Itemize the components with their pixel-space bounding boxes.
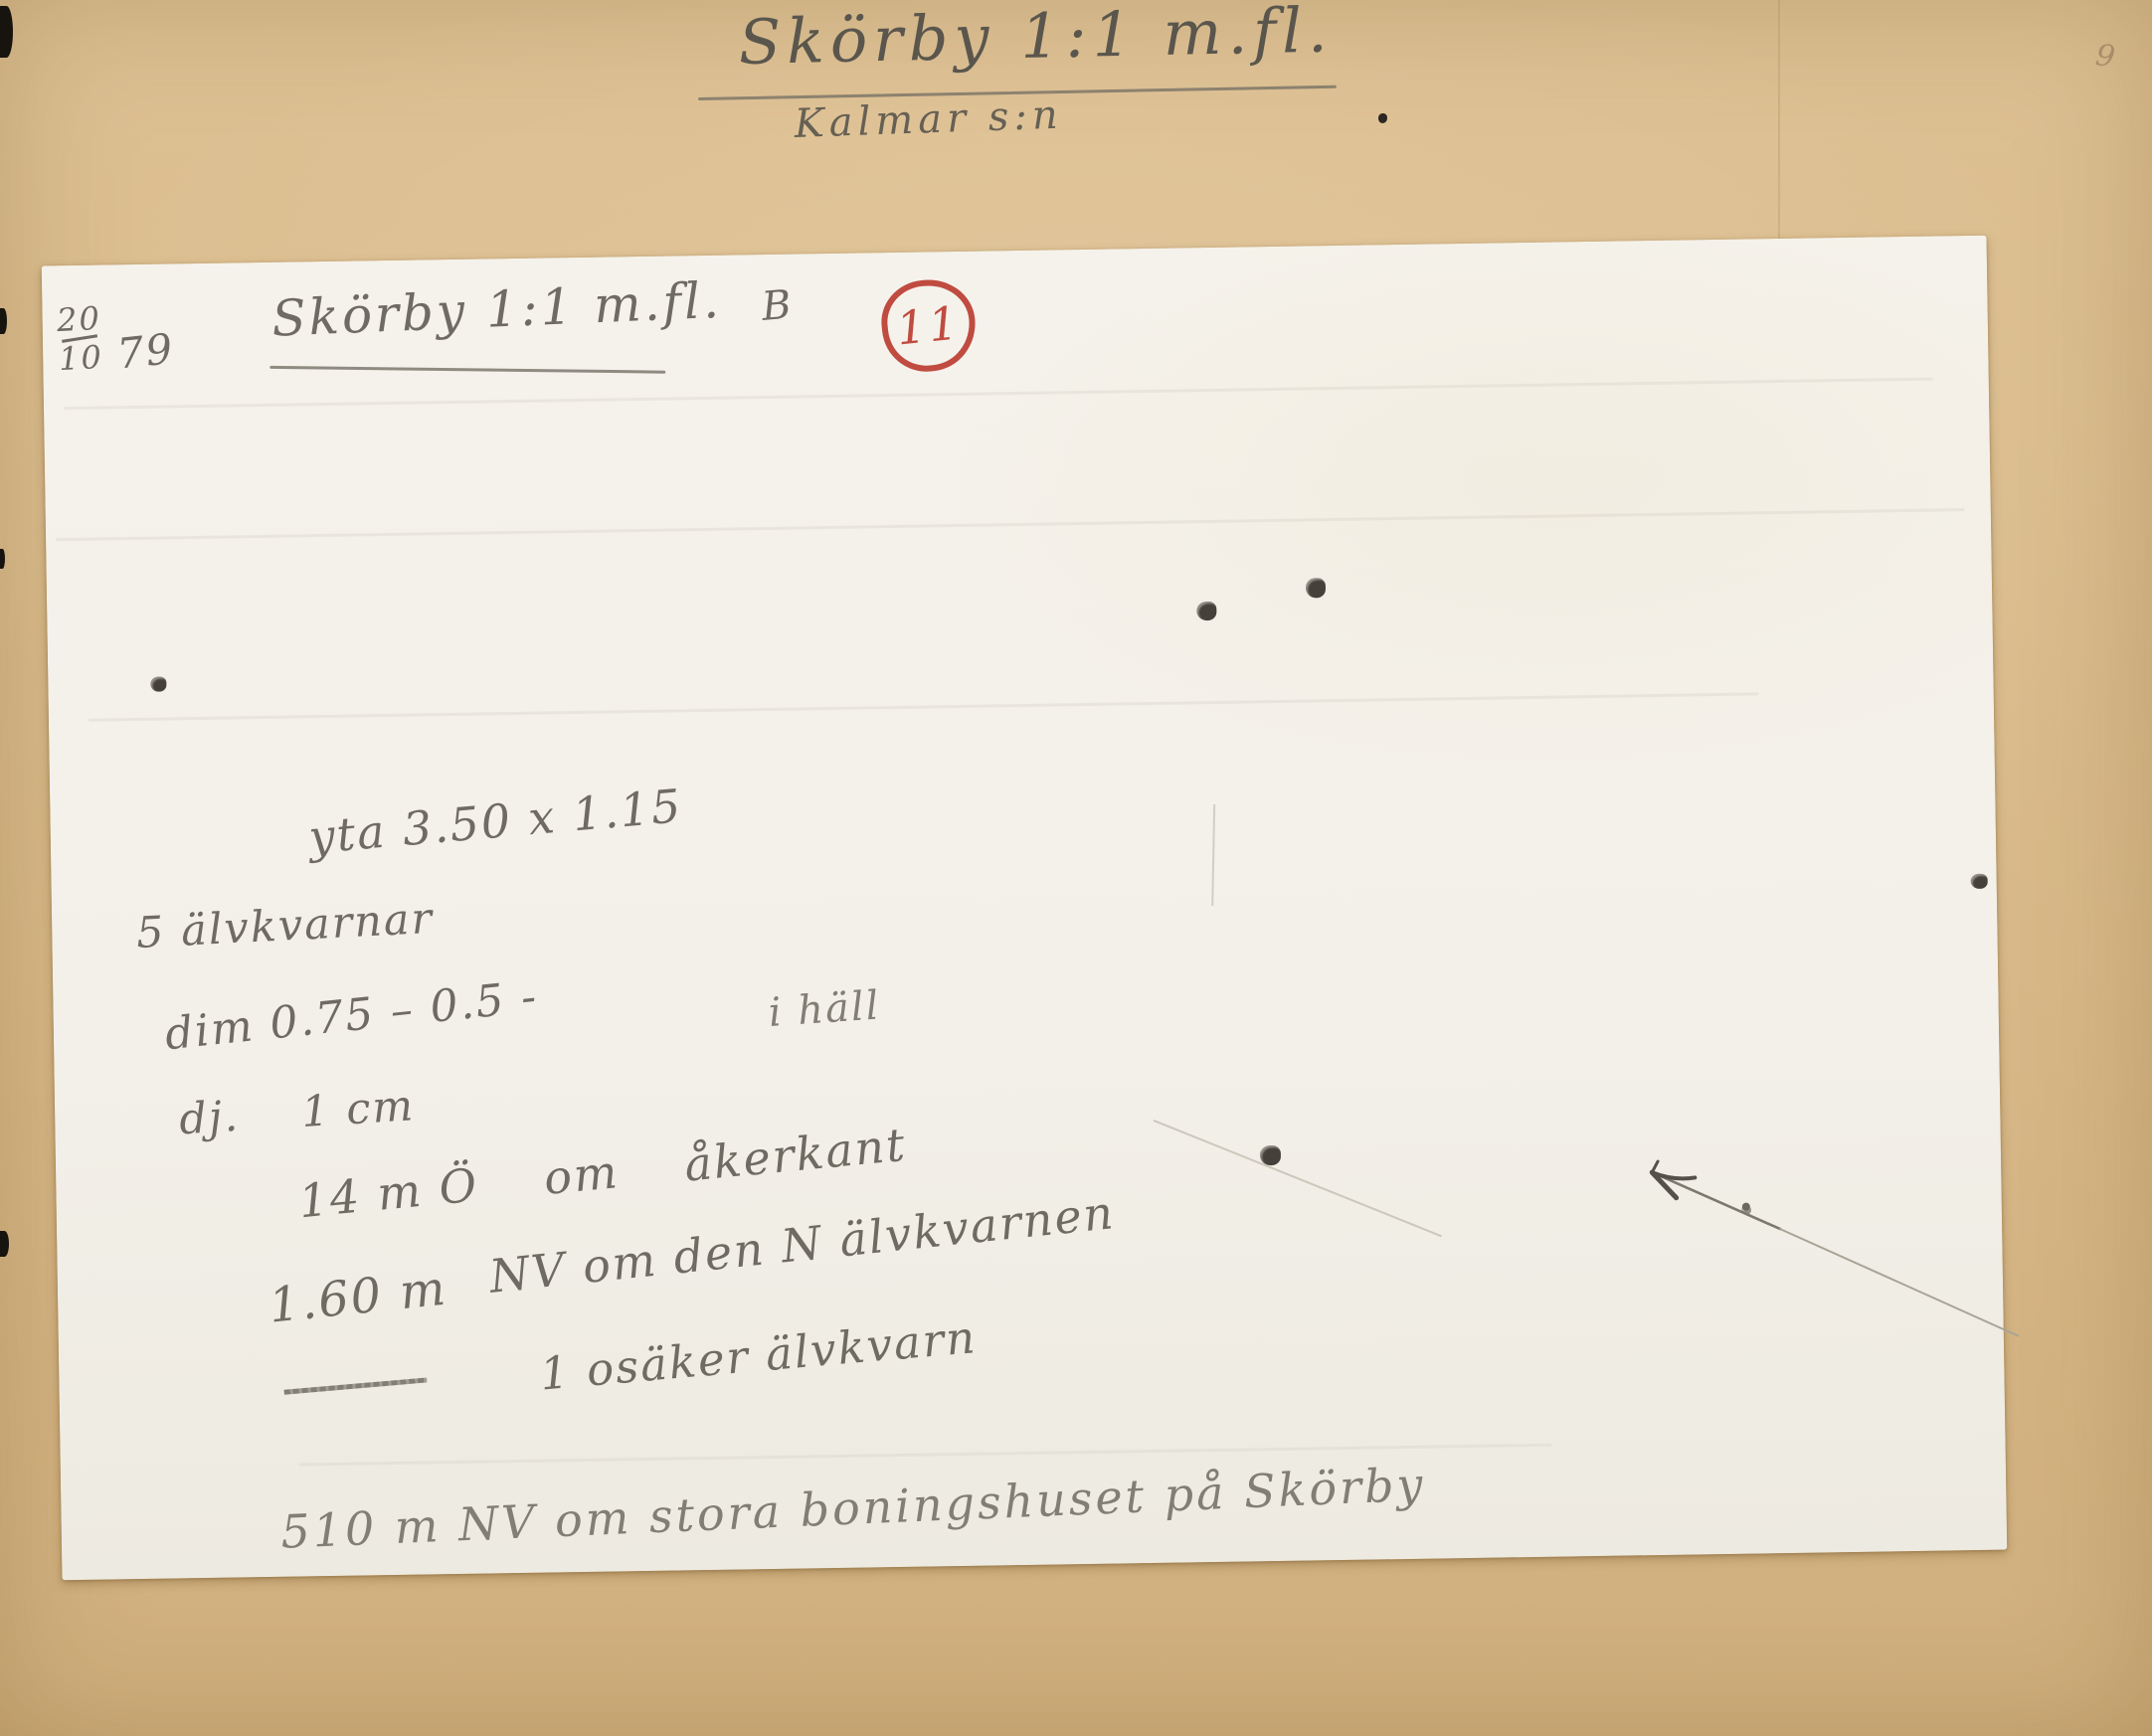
- date-block: 20 10 79: [56, 299, 175, 380]
- red-page-number-badge: 11: [877, 275, 980, 376]
- album-board: Skörby 1:1 m.fl. Kalmar s:n 9 20 10 79 S…: [0, 0, 2152, 1736]
- note-paper: 20 10 79 Skörby 1:1 m.fl. B 11 yta 3.50 …: [42, 236, 2008, 1581]
- scan-edge-mark: [0, 1231, 9, 1257]
- date-month: 10: [58, 342, 103, 374]
- board-title: Skörby 1:1 m.fl.: [738, 0, 1334, 79]
- date-fraction: 20 10: [56, 303, 103, 380]
- measurement-distance-field: 14 m Ö om åkerkant: [296, 1118, 909, 1228]
- pencil-dot: [150, 677, 166, 692]
- scan-edge-mark: [0, 549, 5, 569]
- measurement-surface: i häll: [767, 982, 882, 1036]
- paper-crease: [56, 508, 1965, 541]
- pencil-scratch-line: [1154, 1120, 1442, 1237]
- board-subtitle: Kalmar s:n: [794, 92, 1063, 147]
- date-year: 79: [114, 324, 176, 379]
- measurement-diameter: dim 0.75 – 0.5 -: [163, 971, 541, 1060]
- paper-crease: [89, 692, 1759, 721]
- scan-edge-mark: [0, 6, 13, 58]
- distance-nv-value: 1.60 m: [267, 1261, 449, 1334]
- ink-speck: [1378, 113, 1387, 123]
- scan-edge-mark: [0, 308, 7, 334]
- pencil-dot: [1196, 602, 1216, 620]
- location-note: 510 m NV om stora boningshuset på Skörby: [279, 1458, 1426, 1559]
- pencil-arrow-icon: [1625, 1145, 2056, 1361]
- measurement-uncertain: 1 osäker älvkvarn: [538, 1310, 979, 1400]
- measurement-area: yta 3.50 x 1.15: [306, 779, 684, 864]
- distance-nv-text: NV om den N älvkvarnen: [487, 1185, 1118, 1303]
- page-number: 11: [894, 295, 964, 355]
- note-heading-underline: [269, 366, 665, 374]
- pencil-dot: [1971, 874, 1988, 889]
- board-crease: [1778, 0, 1780, 243]
- corner-mark: 9: [2093, 38, 2119, 76]
- measurement-count: 5 älvkvarnar: [135, 894, 435, 958]
- heading-mark: B: [760, 281, 795, 330]
- pencil-scratch-line: [1211, 804, 1215, 906]
- note-heading: Skörby 1:1 m.fl.: [270, 271, 723, 348]
- distance-nv-underline: [284, 1377, 428, 1394]
- pencil-dot: [1306, 578, 1326, 598]
- paper-crease: [64, 378, 1933, 411]
- date-day: 20: [56, 303, 101, 335]
- measurement-depth: dj. 1 cm: [178, 1081, 417, 1144]
